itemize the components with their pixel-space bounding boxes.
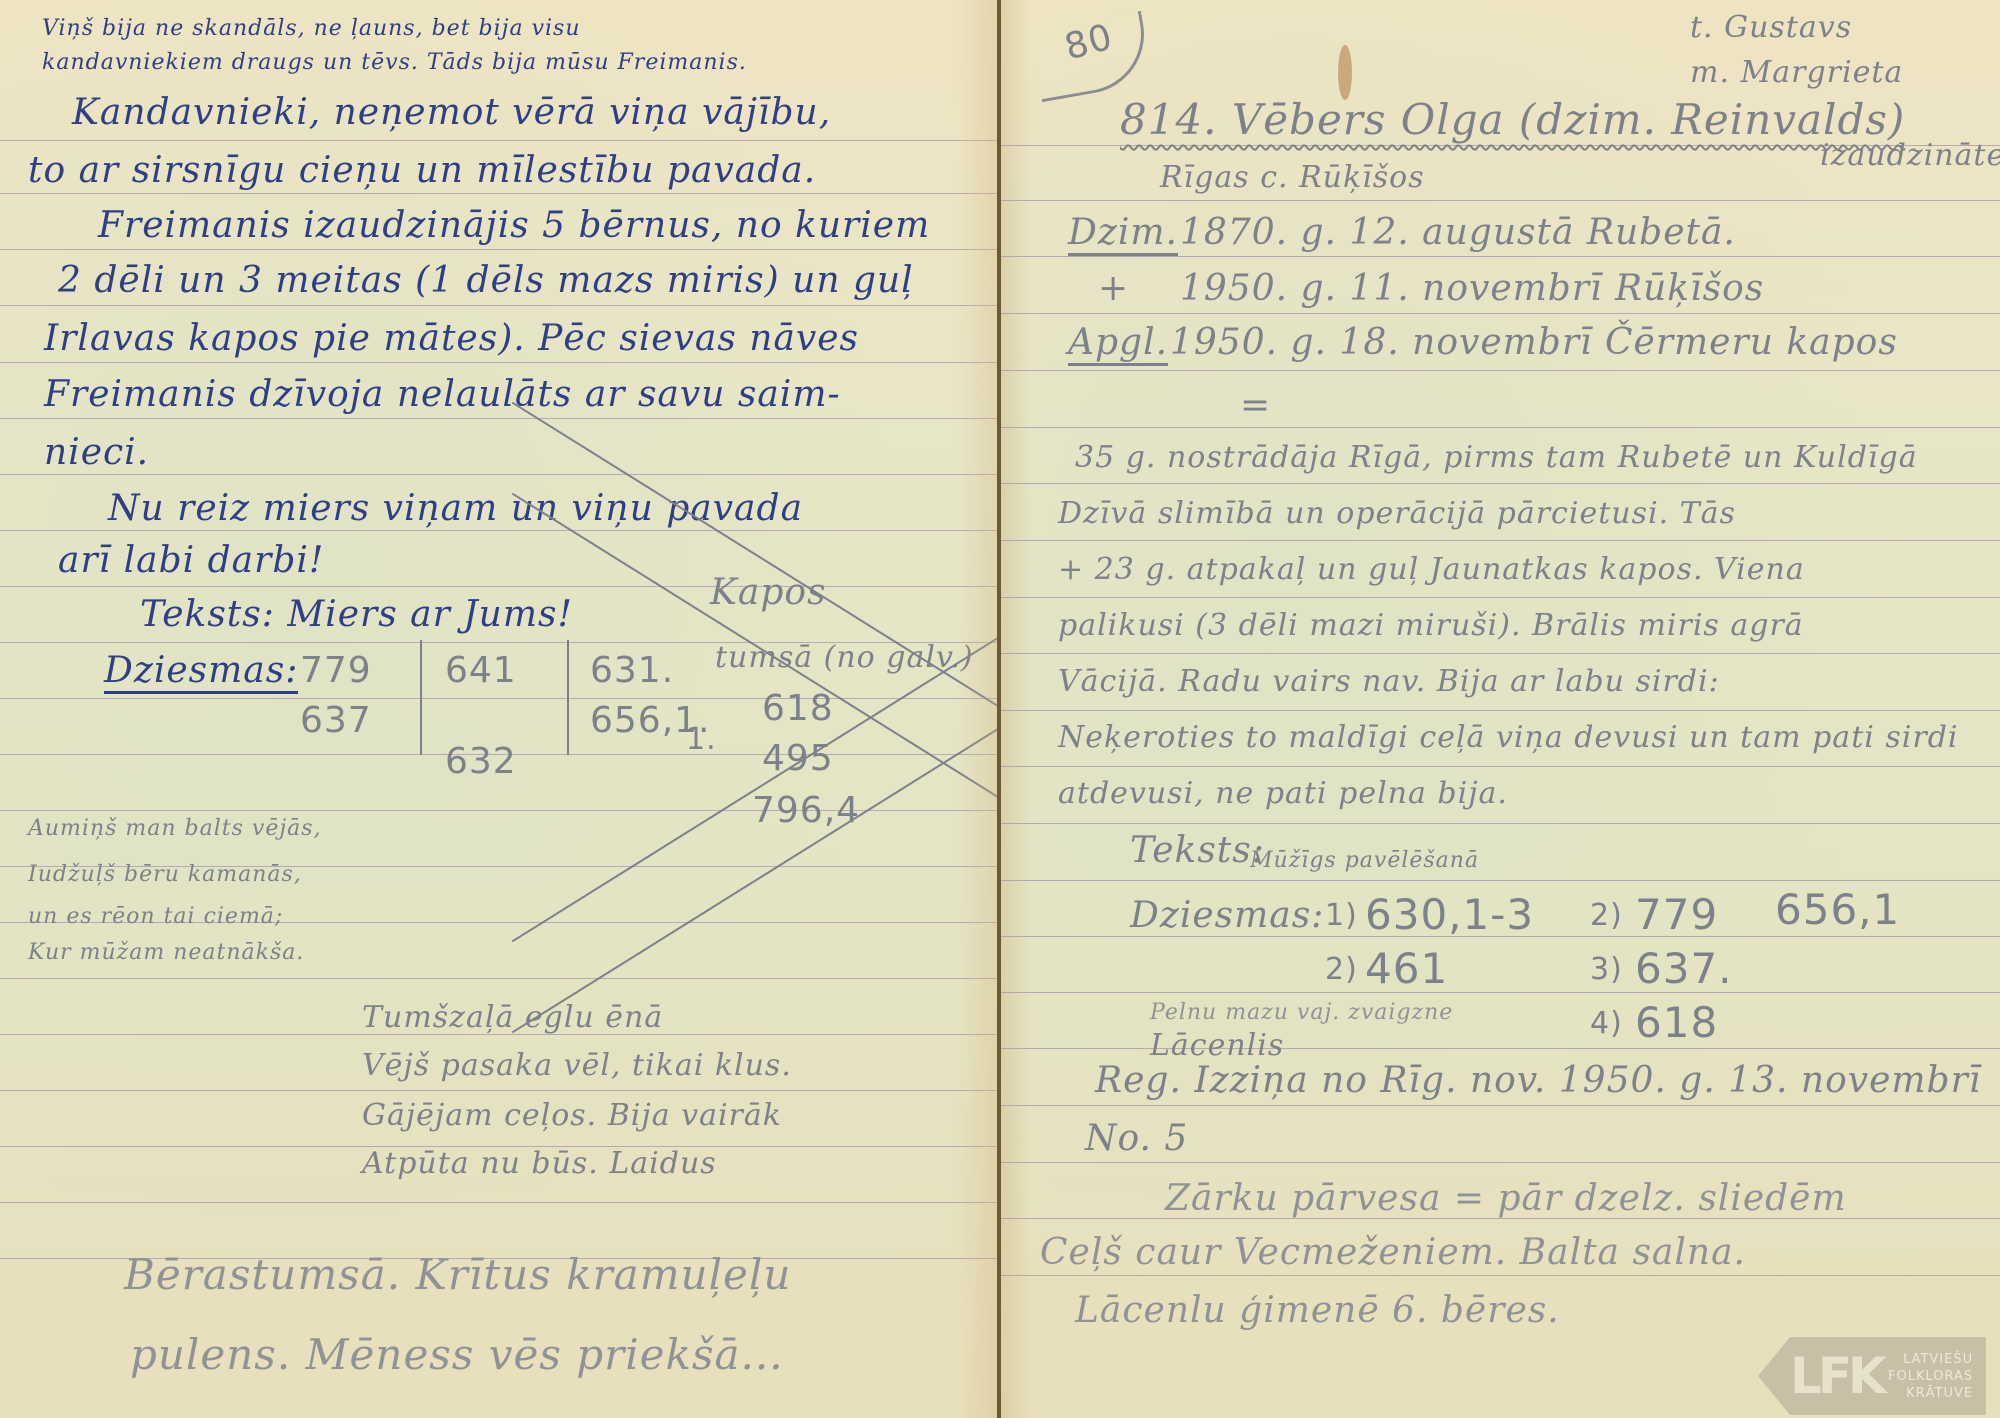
hymn-index: 2)	[1325, 952, 1358, 987]
ruled-line	[1001, 1105, 2000, 1106]
handwritten-line: Nu reiz miers viņam un viņu pavada	[108, 488, 803, 529]
title-note: izaudzināte	[1820, 138, 2000, 173]
hymn-number: 461	[1365, 944, 1448, 993]
ruled-line	[1001, 256, 2000, 257]
handwritten-line: Kandavnieki, neņemot vērā viņa vājību,	[72, 92, 831, 133]
verse-line: Kur mūžam neatnākša.	[28, 940, 304, 965]
handwritten-line: to ar sirsnīgu cieņu un mīlestību pavada…	[28, 150, 816, 191]
extra-hymn-number: 656,1	[1775, 885, 1900, 934]
ruled-line	[1001, 880, 2000, 881]
hymn-index: 2)	[1590, 898, 1623, 933]
text-label: Teksts:	[1130, 830, 1265, 871]
born-text: 1870. g. 12. augustā Rubetā.	[1180, 212, 1736, 253]
hymn-number: 618	[1635, 998, 1718, 1047]
ruled-line	[1001, 200, 2000, 201]
text-note: Mūžīgs pavēlēšanā	[1250, 848, 1479, 873]
address: Rīgas c. Rūķīšos	[1160, 160, 1425, 195]
closing-line: Ceļš caur Vecmeženiem. Balta salna.	[1040, 1232, 1746, 1273]
separator: =	[1240, 385, 1271, 426]
ruled-line	[0, 698, 997, 699]
hymns-label: Dziesmas:	[1130, 895, 1324, 936]
archive-name: LATVIEŠU FOLKLORAS KRĀTUVE	[1888, 1351, 1973, 1402]
archive-name-line: LATVIEŠU	[1888, 1351, 1973, 1368]
text-label: Teksts: Miers ar Jums!	[140, 594, 573, 635]
ruled-line	[1001, 1275, 2000, 1276]
handwritten-line: nieci.	[44, 432, 149, 473]
ruled-line	[0, 1090, 997, 1091]
body-line: Vācijā. Radu vairs nav. Bija ar labu sir…	[1058, 664, 1720, 699]
verse-line: un es rēon tai ciemā;	[28, 904, 283, 929]
parents-note: m. Margrieta	[1690, 55, 1903, 90]
died-label: +	[1098, 268, 1129, 309]
ruled-line	[0, 586, 997, 587]
hymn-number: 637.	[1635, 944, 1733, 993]
pencil-line: Tumšzaļā eglu ēnā	[362, 1000, 663, 1035]
handwritten-line: kandavniekiem draugs un tēvs. Tāds bija …	[42, 50, 747, 75]
side-note-heading: Kapos	[710, 572, 827, 613]
handwritten-line: Freimanis izaudzinājis 5 bērnus, no kuri…	[98, 205, 930, 246]
side-note-number: 495	[762, 738, 834, 779]
entry-title: 814. Vēbers Olga (dzim. Reinvalds)	[1120, 95, 1905, 144]
verse-line: Aumiņš man balts vējās,	[28, 816, 322, 841]
ruled-line	[0, 305, 997, 306]
died-text: 1950. g. 11. novembrī Rūķīšos	[1180, 268, 1764, 309]
body-line: 35 g. nostrādāja Rīgā, pirms tam Rubetē …	[1075, 440, 1918, 475]
ruled-line	[0, 249, 997, 250]
ruled-line	[1001, 992, 2000, 993]
ruled-line	[0, 978, 997, 979]
hymn-number: 637	[300, 700, 372, 741]
ruled-line	[1001, 823, 2000, 824]
registry-number: No. 5	[1085, 1118, 1188, 1159]
ruled-line	[0, 474, 997, 475]
pencil-line: Bērastumsā. Krītus kramuļeļu	[124, 1250, 791, 1299]
handwritten-line: arī labi darbi!	[58, 540, 324, 581]
pencil-line: Vējš pasaka vēl, tikai klus.	[362, 1048, 792, 1083]
handwritten-line: Viņš bija ne skandāls, ne ļauns, bet bij…	[42, 16, 581, 41]
ruled-line	[0, 193, 997, 194]
ruled-line	[1001, 766, 2000, 767]
hymn-number: 779	[300, 650, 372, 691]
hymn-index: 4)	[1590, 1006, 1623, 1041]
born-label: Dzim.	[1068, 212, 1178, 256]
ruled-line	[1001, 540, 2000, 541]
archive-name-line: KRĀTUVE	[1888, 1385, 1973, 1402]
column-divider	[567, 640, 569, 755]
hymn-number: 630,1-3	[1365, 890, 1534, 939]
side-note-subheading: tumsā (no galv.)	[715, 640, 974, 675]
ruled-line	[1001, 653, 2000, 654]
handwritten-line: Irlavas kapos pie mātes). Pēc sievas nāv…	[44, 318, 859, 359]
ruled-line	[1001, 483, 2000, 484]
pastor-note: Pelnu mazu vaj. zvaigzne	[1150, 1000, 1453, 1025]
margin-mark: 1.	[686, 722, 717, 757]
side-note-number: 618	[762, 688, 834, 729]
pencil-line: pulens. Mēness vēs priekšā...	[130, 1330, 784, 1379]
archive-watermark: LFK LATVIEŠU FOLKLORAS KRĀTUVE	[1758, 1337, 1986, 1415]
closing-line: Zārku pārvesa = pār dzelz. sliedēm	[1165, 1178, 1847, 1219]
crossed-hymn-number: 632	[445, 741, 997, 782]
hymn-number: 631.	[590, 650, 674, 691]
ruled-line	[1001, 427, 2000, 428]
ruled-line	[1001, 710, 2000, 711]
body-line: atdevusi, ne pati pelna bija.	[1058, 776, 1508, 811]
buried-label: Apgl.	[1068, 322, 1168, 366]
paper-stain	[1338, 45, 1352, 100]
handwritten-line: 2 dēli un 3 meitas (1 dēls mazs miris) u…	[58, 260, 914, 301]
pencil-line: Atpūta nu būs. Laidus	[362, 1146, 717, 1181]
column-divider	[420, 640, 422, 755]
hymn-index: 3)	[1590, 952, 1623, 987]
closing-line: Lācenlu ģimenē 6. bēres.	[1075, 1290, 1560, 1331]
hymns-label: Dziesmas:	[104, 650, 298, 694]
pencil-line: Gājējam ceļos. Bija vairāk	[362, 1098, 782, 1133]
ruled-line	[1001, 370, 2000, 371]
parents-note: t. Gustavs	[1690, 10, 1852, 45]
ruled-line	[0, 1202, 997, 1203]
ruled-line	[1001, 1162, 2000, 1163]
ruled-line	[0, 418, 997, 419]
side-note-number: 796,4	[752, 790, 860, 831]
ruled-line	[0, 140, 997, 141]
hymn-index: 1)	[1325, 898, 1358, 933]
body-line: Dzīvā slimībā un operācijā pārcietusi. T…	[1058, 496, 1736, 531]
body-line: + 23 g. atpakaļ un guļ Jaunatkas kapos. …	[1058, 552, 1805, 587]
handwritten-line: Freimanis dzīvoja nelaulāts ar savu saim…	[44, 374, 841, 415]
ruled-line	[0, 530, 997, 531]
hymn-number: 779	[1635, 890, 1718, 939]
archive-logo-icon: LFK	[1790, 1347, 1888, 1405]
body-line: Neķeroties to maldīgi ceļā viņa devusi u…	[1058, 720, 1959, 755]
ruled-line	[1001, 597, 2000, 598]
ruled-line	[1001, 313, 2000, 314]
buried-text: 1950. g. 18. novembrī Čērmeru kapos	[1170, 322, 1898, 363]
registry-line: Reg. Izziņa no Rīg. nov. 1950. g. 13. no…	[1095, 1060, 1981, 1101]
archive-name-line: FOLKLORAS	[1888, 1368, 1973, 1385]
body-line: palikusi (3 dēli mazi miruši). Brālis mi…	[1058, 608, 1804, 643]
left-page: Viņš bija ne skandāls, ne ļauns, bet bij…	[0, 0, 997, 1418]
pastor-name: Lācenlis	[1150, 1028, 1284, 1063]
verse-line: Iudžuļš bēru kamanās,	[28, 862, 302, 887]
ruled-line	[0, 362, 997, 363]
